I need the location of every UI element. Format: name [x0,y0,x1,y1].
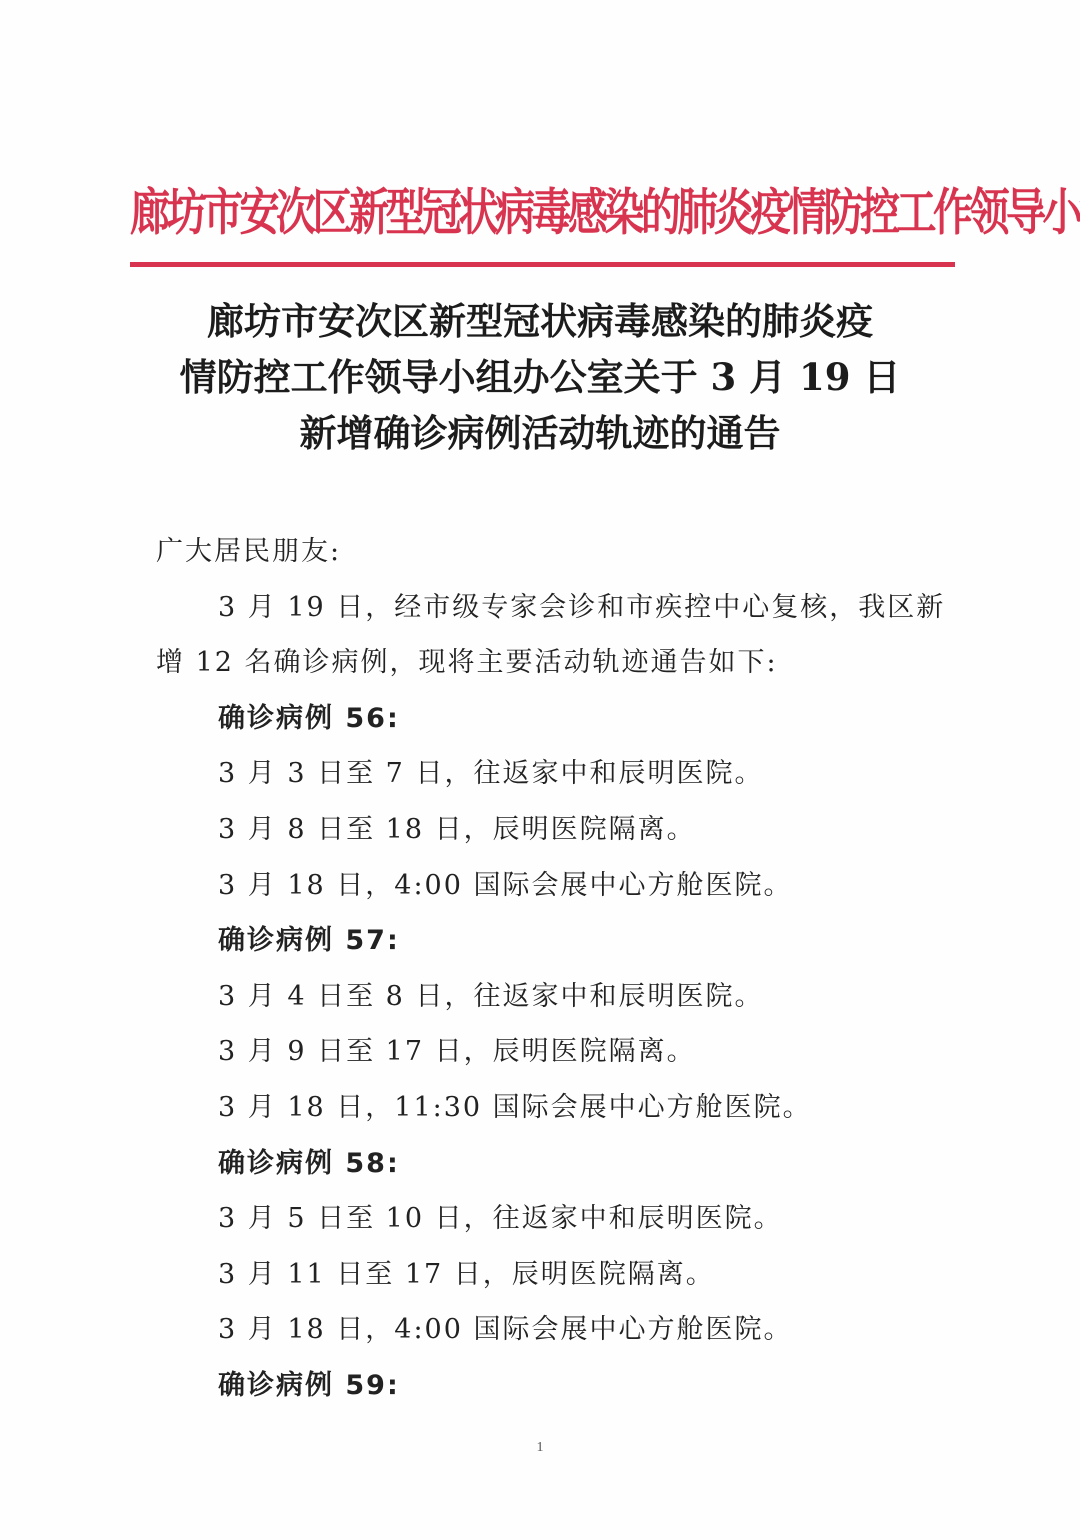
case-59: 确诊病例 59: [156,1358,936,1414]
case-heading: 确诊病例 57: [156,913,936,969]
case-heading: 确诊病例 58: [156,1136,936,1192]
page-number: 1 [0,1440,1080,1456]
case-heading: 确诊病例 56: [156,691,936,747]
case-entry: 3 月 8 日至 18 日，辰明医院隔离。 [156,802,936,858]
title-line-1: 廊坊市安次区新型冠状病毒感染的肺炎疫 [150,293,930,349]
salutation: 广大居民朋友: [156,524,936,580]
case-56: 确诊病例 56: 3 月 3 日至 7 日，往返家中和辰明医院。 3 月 8 日… [156,691,936,913]
case-entry: 3 月 18 日，11:30 国际会展中心方舱医院。 [156,1080,936,1136]
case-entry: 3 月 18 日，4:00 国际会展中心方舱医院。 [156,1302,936,1358]
case-58: 确诊病例 58: 3 月 5 日至 10 日，往返家中和辰明医院。 3 月 11… [156,1136,936,1358]
case-entry: 3 月 9 日至 17 日，辰明医院隔离。 [156,1024,936,1080]
case-entry: 3 月 5 日至 10 日，往返家中和辰明医院。 [156,1191,936,1247]
case-57: 确诊病例 57: 3 月 4 日至 8 日，往返家中和辰明医院。 3 月 9 日… [156,913,936,1135]
case-entry: 3 月 11 日至 17 日，辰明医院隔离。 [156,1247,936,1303]
intro-line-2: 增 12 名确诊病例，现将主要活动轨迹通告如下: [156,635,936,691]
title-line-2: 情防控工作领导小组办公室关于 3 月 19 日 [150,349,930,405]
letterhead-issuer: 廊坊市安次区新型冠状病毒感染的肺炎疫情防控工作领导小组办公室 [130,169,955,257]
letterhead-divider [130,262,955,267]
case-entry: 3 月 18 日，4:00 国际会展中心方舱医院。 [156,858,936,914]
title-line-3: 新增确诊病例活动轨迹的通告 [150,405,930,461]
document-title: 廊坊市安次区新型冠状病毒感染的肺炎疫 情防控工作领导小组办公室关于 3 月 19… [150,293,930,461]
document-page: 廊坊市安次区新型冠状病毒感染的肺炎疫情防控工作领导小组办公室 廊坊市安次区新型冠… [0,0,1080,1540]
intro-line-1: 3 月 19 日，经市级专家会诊和市疾控中心复核，我区新 [156,580,936,636]
case-entry: 3 月 4 日至 8 日，往返家中和辰明医院。 [156,969,936,1025]
case-entry: 3 月 3 日至 7 日，往返家中和辰明医院。 [156,746,936,802]
document-body: 广大居民朋友: 3 月 19 日，经市级专家会诊和市疾控中心复核，我区新 增 1… [156,524,936,1414]
case-heading: 确诊病例 59: [156,1358,936,1414]
